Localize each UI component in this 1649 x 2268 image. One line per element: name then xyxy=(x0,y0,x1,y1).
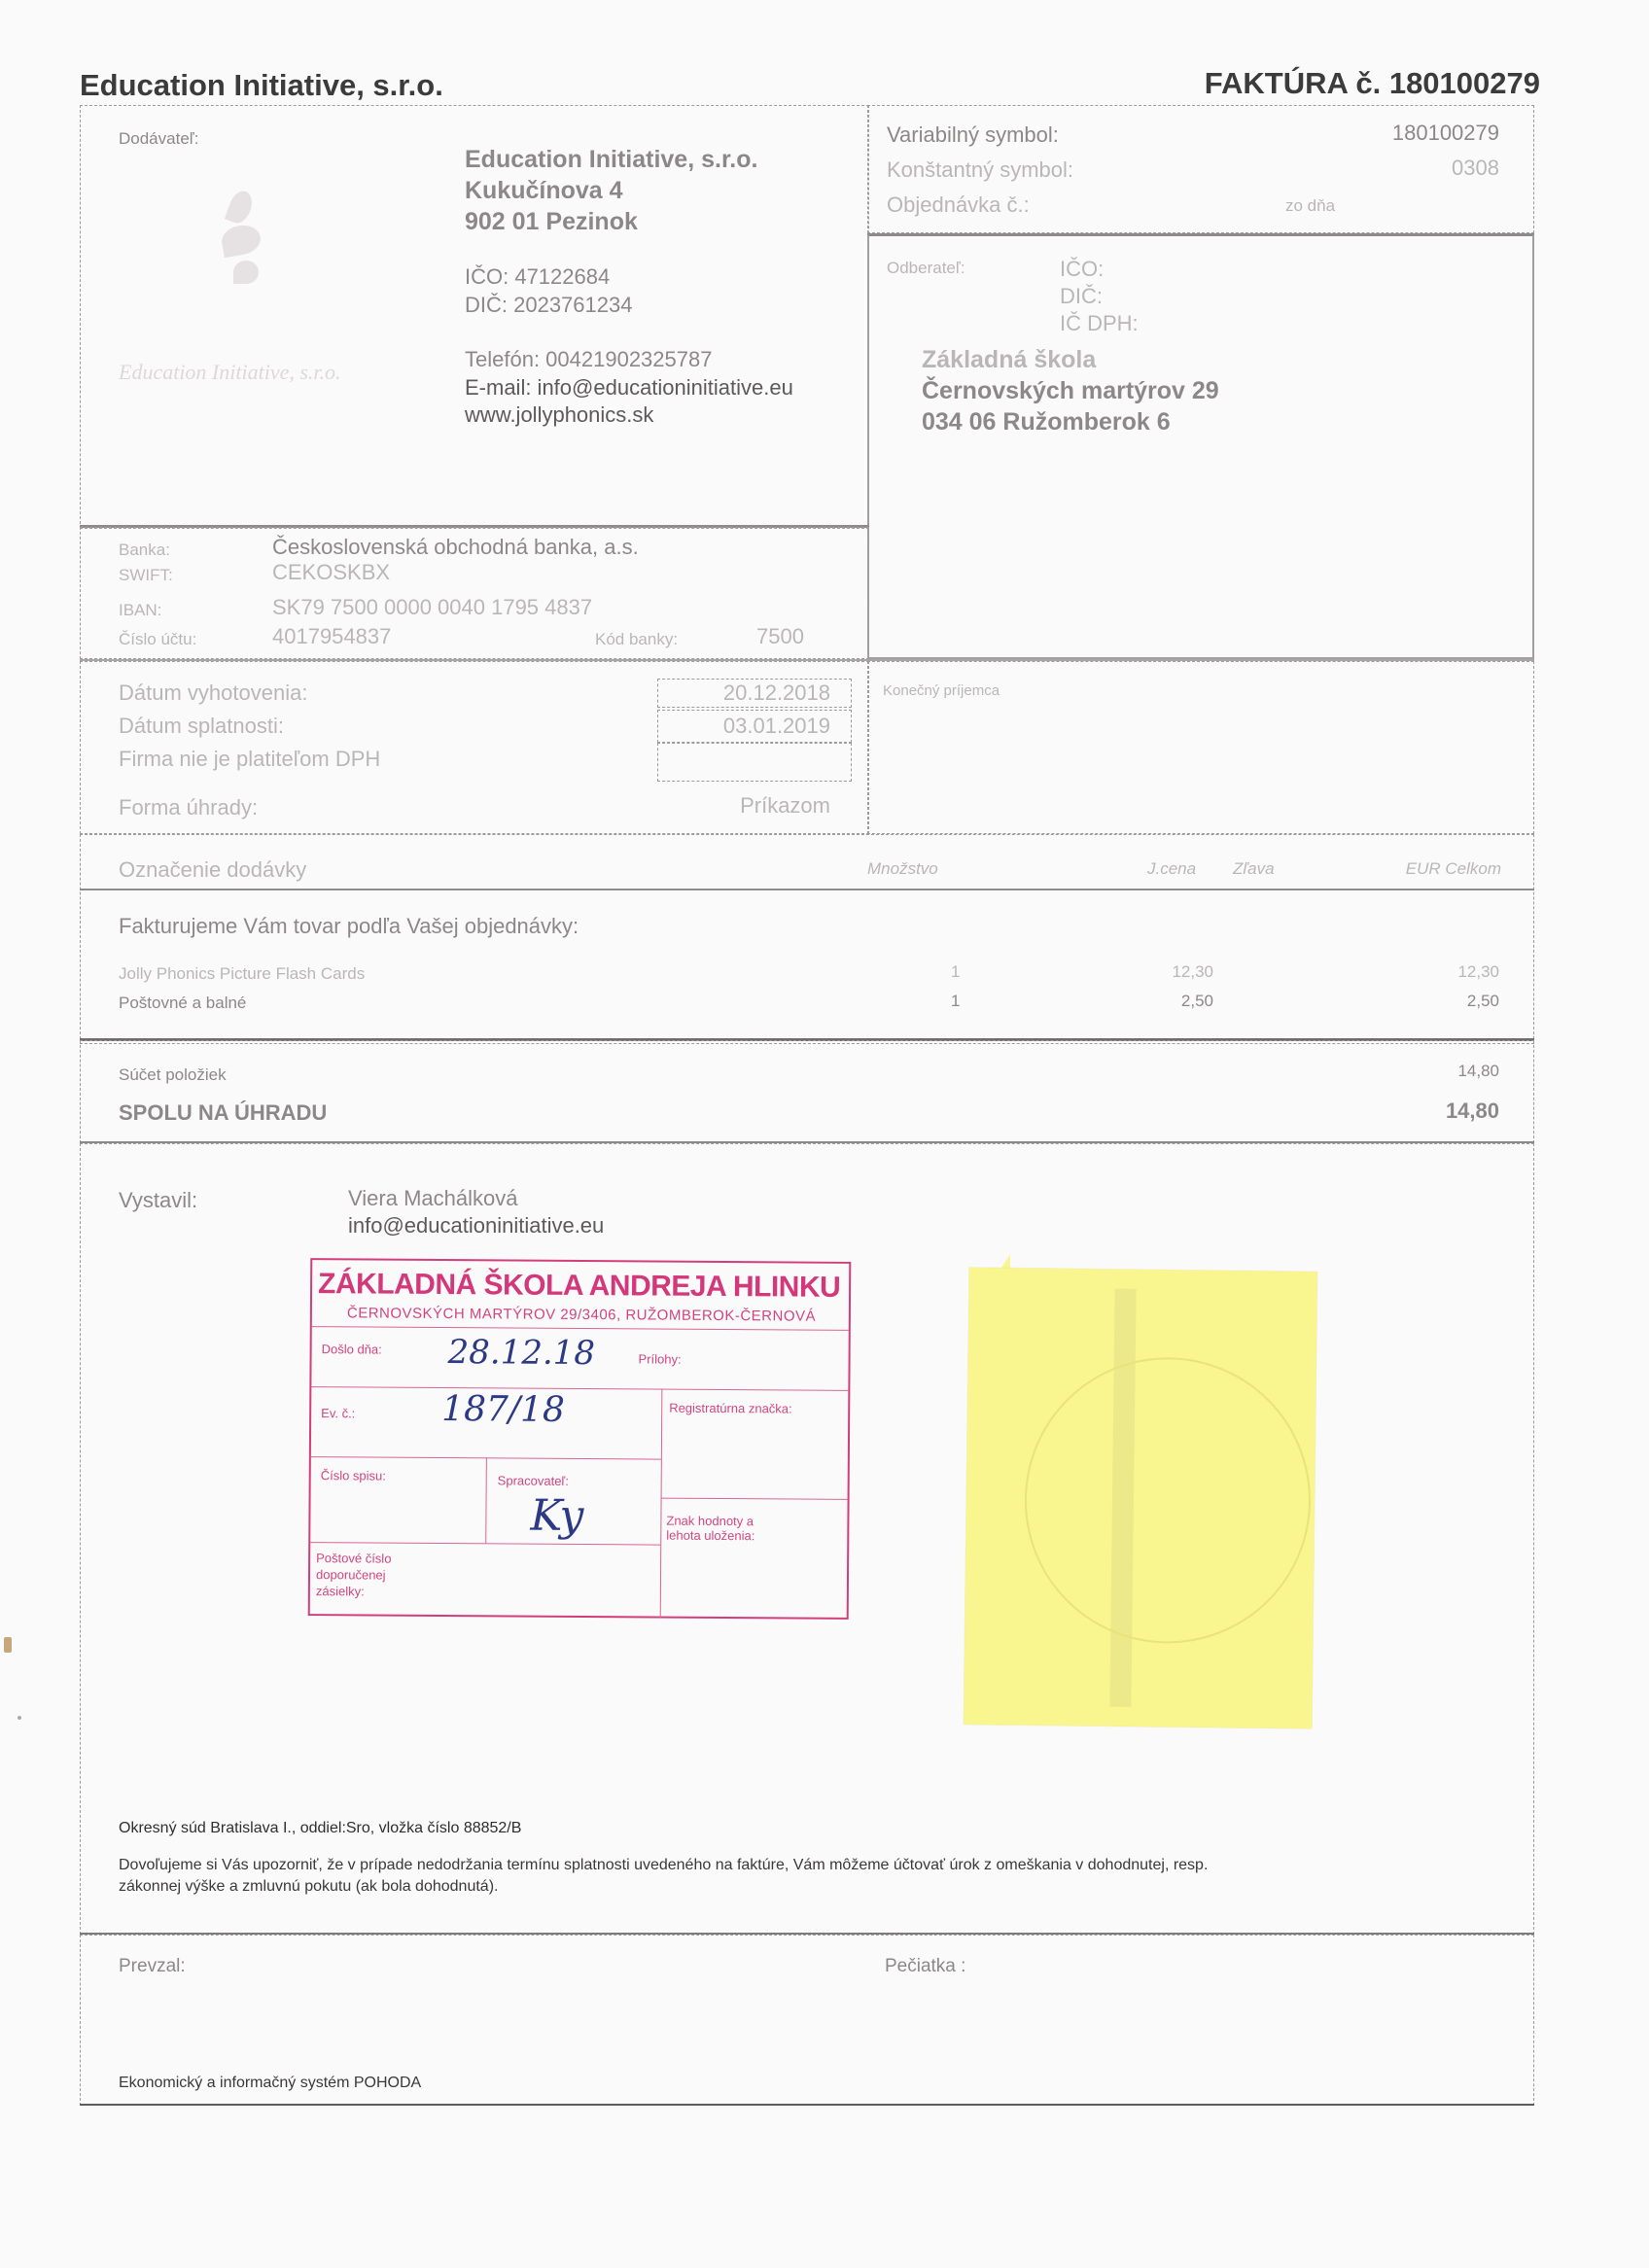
items-sum-label: Súčet položiek xyxy=(119,1065,227,1085)
late-payment-notice-line1: Dovoľujeme si Vás upozorniť, že v prípad… xyxy=(119,1857,1208,1874)
item-name: Poštovné a balné xyxy=(119,994,246,1013)
swift-label: SWIFT: xyxy=(119,566,173,585)
item-quantity: 1 xyxy=(951,992,960,1011)
payment-form-label: Forma úhrady: xyxy=(119,795,258,820)
customer-name: Základná škola xyxy=(922,346,1096,374)
seal-label: Pečiatka : xyxy=(885,1956,965,1977)
order-date-label: zo dňa xyxy=(1285,196,1335,216)
customer-city: 034 06 Ružomberok 6 xyxy=(922,408,1171,436)
variable-symbol-label: Variabilný symbol: xyxy=(887,122,1059,148)
supplier-street: Kukučínova 4 xyxy=(465,177,623,205)
stamp-subtitle: ČERNOVSKÝCH MARTÝROV 29/3406, RUŽOMBEROK… xyxy=(347,1305,816,1324)
item-unit-price: 2,50 xyxy=(1181,992,1213,1011)
divider xyxy=(80,889,1534,890)
stamp-handler-handwriting: Ky xyxy=(530,1491,583,1541)
stamp-handler-label: Spracovateľ: xyxy=(498,1473,569,1488)
column-header-quantity: Množstvo xyxy=(867,859,938,879)
items-intro: Fakturujeme Vám tovar podľa Vašej objedn… xyxy=(119,914,579,939)
vat-note: Firma nie je platiteľom DPH xyxy=(119,747,380,772)
item-quantity: 1 xyxy=(951,962,960,982)
stamp-received-handwriting: 28.12.18 xyxy=(447,1333,595,1373)
issued-date-value: 20.12.2018 xyxy=(723,680,830,706)
customer-box xyxy=(867,235,1534,659)
customer-ico-label: IČO: xyxy=(1060,257,1104,282)
due-date-value: 03.01.2019 xyxy=(723,714,830,739)
supplier-dic: DIČ: 2023761234 xyxy=(465,293,632,318)
stamp-retention-label: Znak hodnoty a lehota uloženia: xyxy=(666,1514,783,1544)
supplier-name: Education Initiative, s.r.o. xyxy=(465,146,757,174)
registry-stamp: ZÁKLADNÁ ŠKOLA ANDREJA HLINKU ČERNOVSKÝC… xyxy=(308,1258,852,1620)
supplier-email: E-mail: info@educationinitiative.eu xyxy=(465,375,793,401)
stamp-received-label: Došlo dňa: xyxy=(322,1342,382,1356)
late-payment-notice-line2: zákonnej výške a zmluvnú pokutu (ak bola… xyxy=(119,1878,498,1896)
accounting-system-note: Ekonomický a informačný systém POHODA xyxy=(119,2075,421,2092)
faded-seal-icon xyxy=(1023,1356,1313,1646)
supplier-ico: IČO: 47122684 xyxy=(465,264,610,290)
constant-symbol-value: 0308 xyxy=(1452,156,1499,181)
bank-label: Banka: xyxy=(119,541,170,560)
stamp-post-label: Poštové číslo doporučenej zásielky: xyxy=(316,1550,413,1600)
swift-value: CEKOSKBX xyxy=(272,560,390,585)
customer-icdph-label: IČ DPH: xyxy=(1060,311,1139,336)
bank-name: Československá obchodná banka, a.s. xyxy=(272,535,639,560)
constant-symbol-label: Konštantný symbol: xyxy=(887,157,1073,183)
column-header-total: EUR Celkom xyxy=(1406,859,1501,879)
total-due-label: SPOLU NA ÚHRADU xyxy=(119,1100,327,1126)
iban-label: IBAN: xyxy=(119,601,161,620)
item-total: 2,50 xyxy=(1467,992,1499,1011)
column-header-discount: Zľava xyxy=(1233,859,1275,879)
due-date-label: Dátum splatnosti: xyxy=(119,714,284,739)
item-unit-price: 12,30 xyxy=(1172,962,1213,982)
bank-code-label: Kód banky: xyxy=(595,630,678,649)
stamp-file-number-label: Číslo spisu: xyxy=(321,1468,386,1483)
stamp-title: ZÁKLADNÁ ŠKOLA ANDREJA HLINKU xyxy=(318,1268,840,1305)
supplier-label: Dodávateľ: xyxy=(119,129,198,149)
order-number-label: Objednávka č.: xyxy=(887,192,1030,218)
scan-speck xyxy=(4,1637,12,1653)
stamp-ev-label: Ev. č.: xyxy=(321,1406,355,1420)
column-header-unit-price: J.cena xyxy=(1147,859,1196,879)
stamp-registry-mark-label: Registratúrna značka: xyxy=(669,1401,792,1416)
totals-box xyxy=(80,1040,1534,1143)
payment-form-value: Príkazom xyxy=(740,793,830,819)
customer-street: Černovských martýrov 29 xyxy=(922,377,1219,405)
logo-leaf-icon xyxy=(233,261,259,284)
account-label: Číslo účtu: xyxy=(119,630,196,649)
iban-value: SK79 7500 0000 0040 1795 4837 xyxy=(272,595,592,620)
supplier-company-header: Education Initiative, s.r.o. xyxy=(80,68,443,103)
issuer-name: Viera Machálková xyxy=(348,1186,517,1211)
sticky-note xyxy=(964,1268,1317,1728)
column-header-item: Označenie dodávky xyxy=(119,857,306,883)
supplier-phone: Telefón: 00421902325787 xyxy=(465,347,712,372)
item-name: Jolly Phonics Picture Flash Cards xyxy=(119,964,365,984)
stamp-attachments-label: Prílohy: xyxy=(639,1351,682,1366)
invoice-title: FAKTÚRA č. 180100279 xyxy=(1205,66,1540,101)
account-value: 4017954837 xyxy=(272,624,391,649)
issued-date-label: Dátum vyhotovenia: xyxy=(119,680,307,706)
supplier-city: 902 01 Pezinok xyxy=(465,208,638,236)
issuer-email: info@educationinitiative.eu xyxy=(348,1213,604,1239)
logo-text: Education Initiative, s.r.o. xyxy=(119,360,341,385)
items-sum-value: 14,80 xyxy=(1457,1062,1499,1081)
supplier-web: www.jollyphonics.sk xyxy=(465,402,653,428)
customer-label: Odberateľ: xyxy=(887,259,965,278)
issuer-label: Vystavil: xyxy=(119,1188,197,1213)
customer-dic-label: DIČ: xyxy=(1060,284,1103,309)
stamp-ev-handwriting: 187/18 xyxy=(441,1389,565,1430)
scan-speck xyxy=(18,1716,21,1720)
divider xyxy=(80,2104,1534,2106)
final-recipient-label: Konečný príjemca xyxy=(883,682,1000,699)
court-registration: Okresný súd Bratislava I., oddiel:Sro, v… xyxy=(119,1820,521,1837)
item-total: 12,30 xyxy=(1457,962,1499,982)
bank-code-value: 7500 xyxy=(756,624,804,649)
received-by-label: Prevzal: xyxy=(119,1956,186,1977)
total-due-value: 14,80 xyxy=(1446,1099,1499,1124)
variable-symbol-value: 180100279 xyxy=(1392,121,1499,146)
vat-box xyxy=(657,743,852,782)
